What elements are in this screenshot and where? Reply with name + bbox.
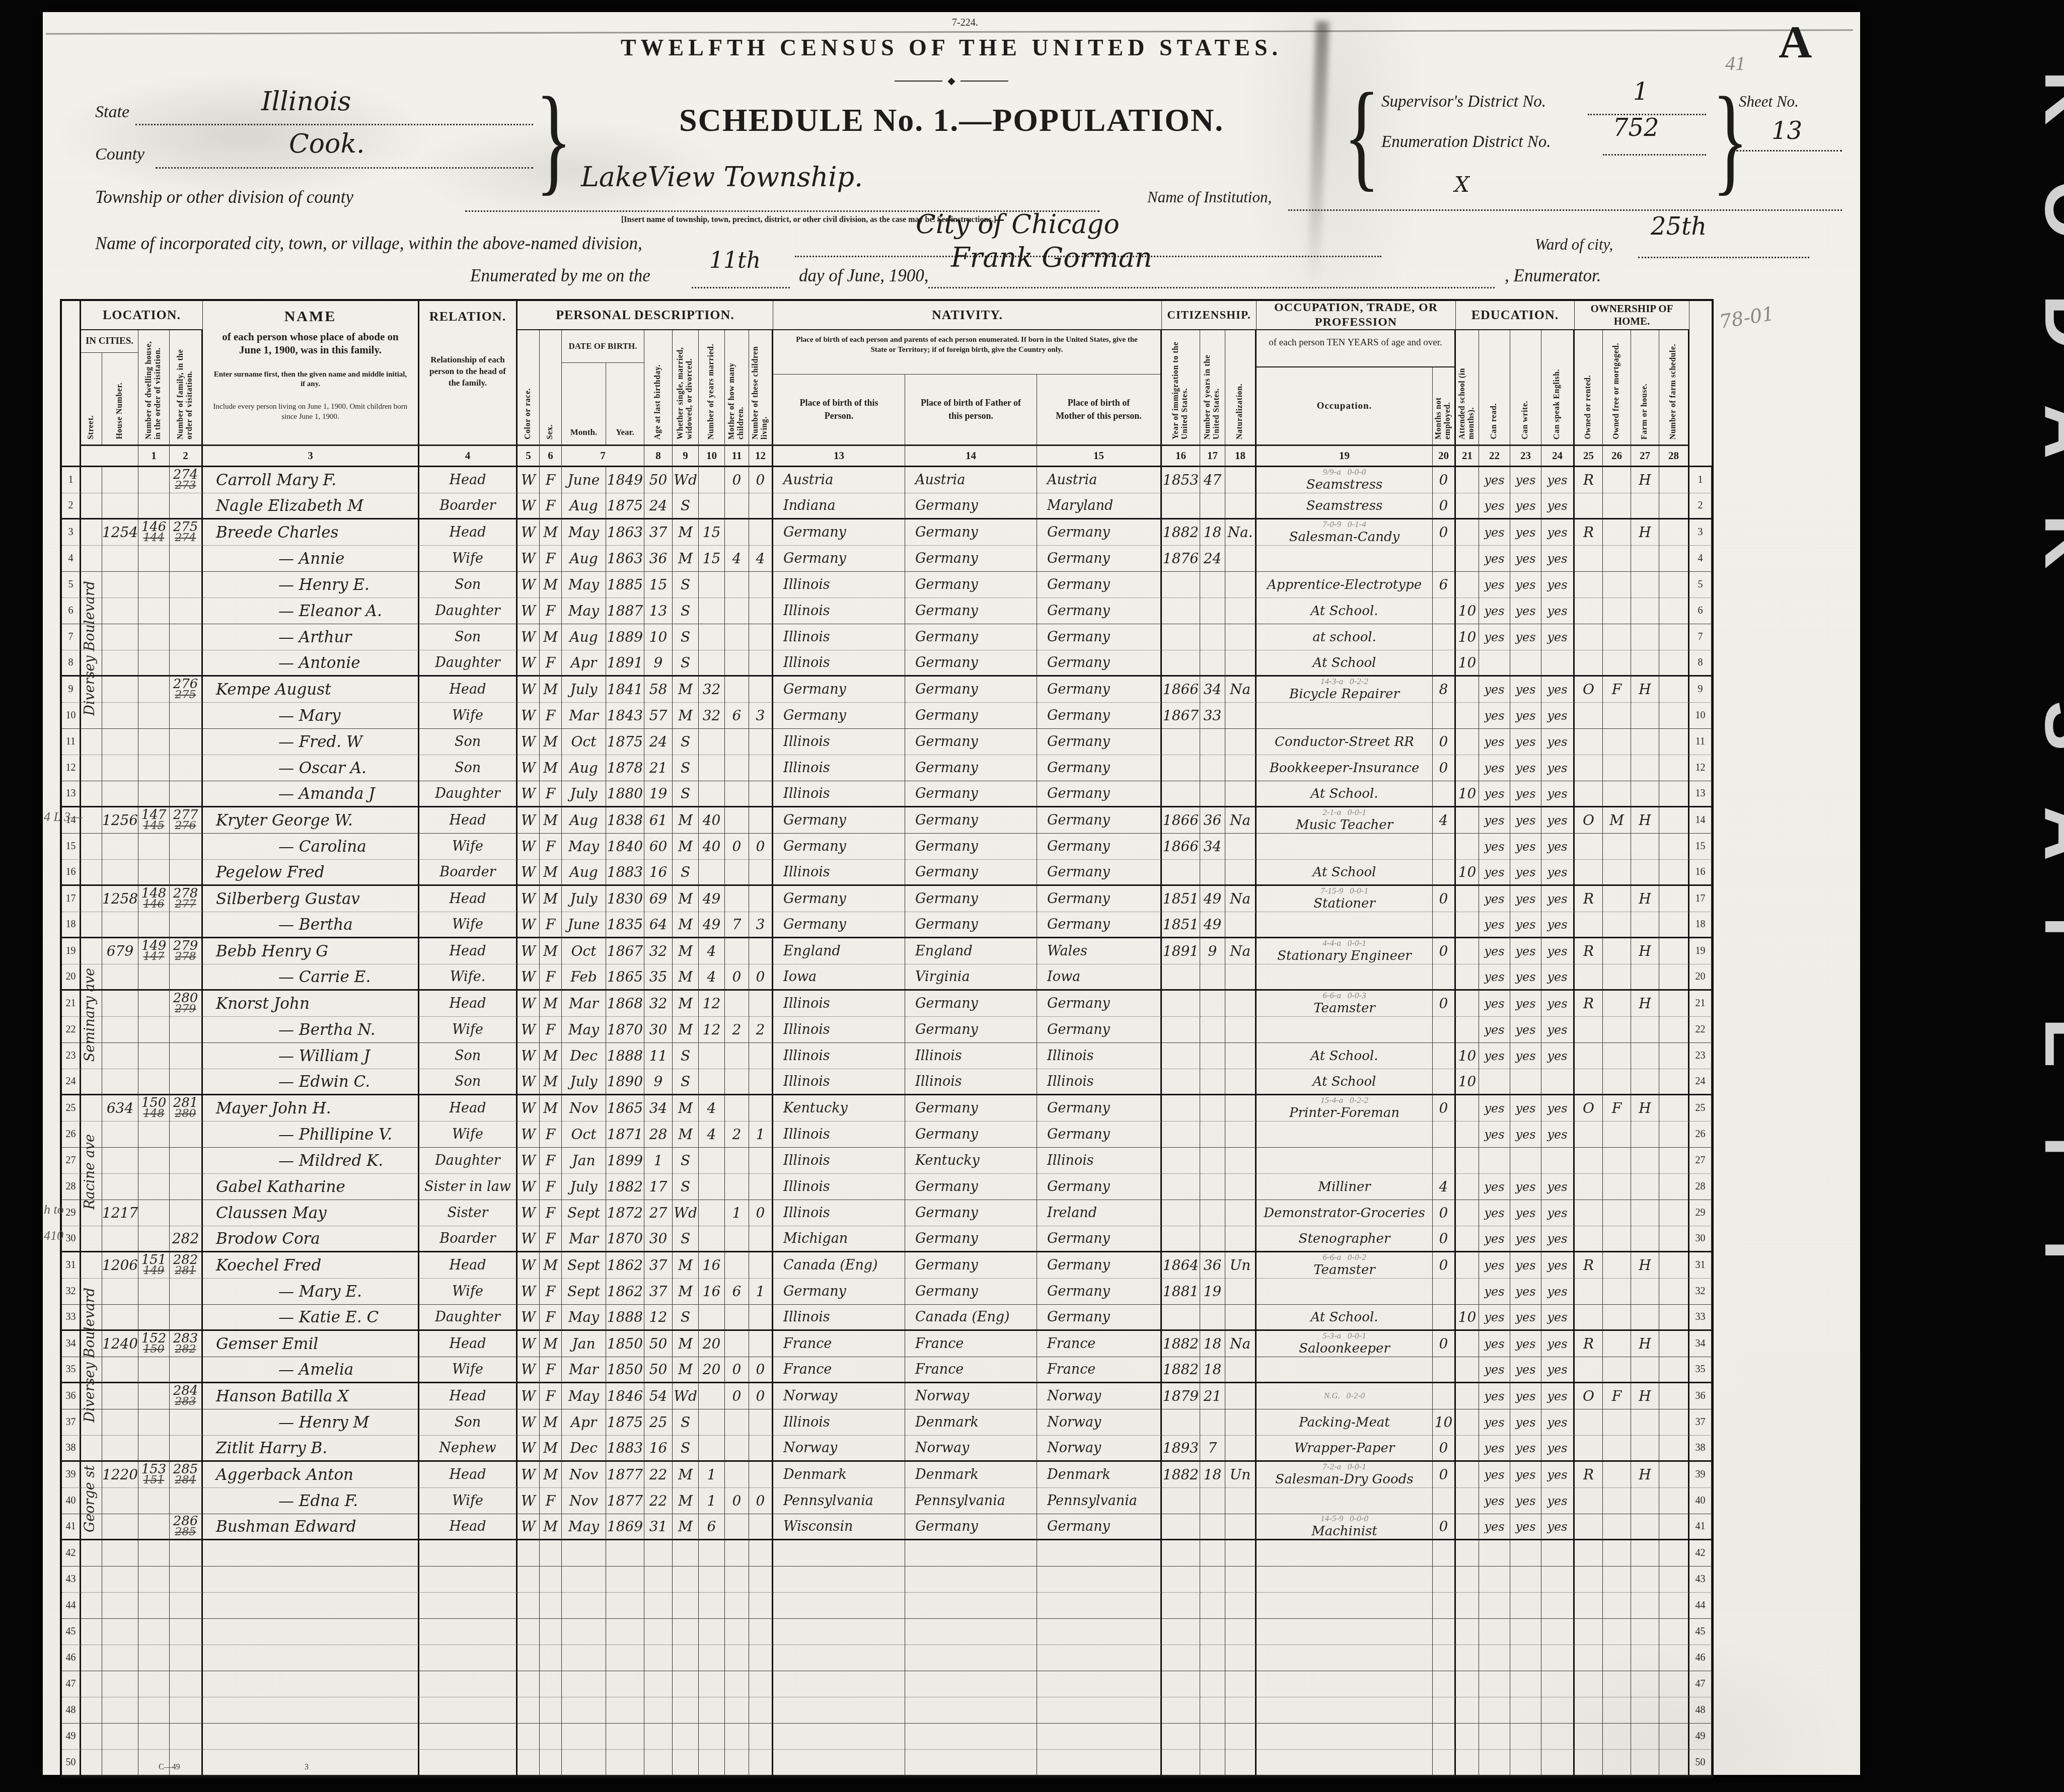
census-cell-cl: [749, 1593, 773, 1619]
census-cell-yr: 1830: [606, 886, 644, 912]
census-cell-dw: [138, 1436, 170, 1462]
census-cell-mn: 0: [1433, 729, 1456, 755]
census-cell-age: 50: [644, 1331, 673, 1357]
census-cell-sc: [1456, 1697, 1479, 1724]
census-cell-name: [203, 1671, 419, 1697]
census-cell-yr: 1862: [606, 1279, 644, 1305]
census-cell-occ: 14-3-a 0-2-2Bicycle Repairer: [1257, 677, 1433, 703]
census-cell-occ: Wrapper-Paper: [1257, 1436, 1433, 1462]
census-cell-s: M: [540, 729, 562, 755]
census-cell-im: [1162, 1566, 1200, 1593]
ornament-diamond: ◆: [947, 74, 955, 87]
census-cell-fam: [170, 546, 203, 572]
census-cell-m: M: [673, 1357, 699, 1383]
census-cell-pb: Germany: [773, 886, 905, 912]
census-cell-ow: [1575, 650, 1603, 677]
census-cell-rnl: 45: [62, 1619, 81, 1645]
census-cell-yr: 1863: [606, 546, 644, 572]
census-cell-fm: [1603, 729, 1631, 755]
census-cell-mo: [562, 1540, 606, 1566]
census-cell-mo: Nov: [562, 1462, 606, 1488]
census-cell-fh: [1631, 1017, 1659, 1043]
census-cell-ow: [1575, 912, 1603, 938]
census-cell-occ: [1257, 1279, 1433, 1305]
county-value: Cook.: [289, 129, 364, 159]
census-cell-pf: Germany: [905, 1279, 1037, 1305]
census-cell-c: W: [518, 1200, 540, 1226]
speak-english-header: Can speak English.: [1553, 369, 1562, 439]
census-cell-yr: 1870: [606, 1226, 644, 1252]
struck-number: 276: [175, 821, 196, 832]
census-cell-cl: 0: [749, 1357, 773, 1383]
census-cell-mn: 0: [1433, 886, 1456, 912]
pencil-margin-note: 78-01: [1718, 303, 1776, 333]
census-cell-ym: [699, 1409, 725, 1436]
census-cell-mo: [562, 1697, 606, 1724]
census-cell-rd: yes: [1479, 677, 1510, 703]
census-cell-c: W: [518, 1436, 540, 1462]
census-cell-im: [1162, 1619, 1200, 1645]
census-cell-sc: [1456, 1383, 1479, 1409]
census-cell-fs2: [1659, 1383, 1689, 1409]
census-cell-cl: [749, 493, 773, 519]
census-cell-rd: yes: [1479, 912, 1510, 938]
census-cell-m: M: [673, 912, 699, 938]
pob-person-header: Place of birth of this Person.: [773, 375, 905, 444]
column-number: 12: [749, 445, 773, 467]
city-label: Name of incorporated city, town, or vill…: [95, 234, 642, 254]
column-number: 3: [203, 445, 419, 467]
census-cell-sc: 10: [1456, 598, 1479, 624]
census-cell-nz: Na: [1225, 886, 1257, 912]
census-cell-name: [203, 1619, 419, 1645]
census-cell-rd: yes: [1479, 781, 1510, 807]
census-cell-wr: yes: [1510, 834, 1541, 860]
census-cell-rnl: 41: [62, 1514, 81, 1540]
census-cell-pm: Germany: [1037, 598, 1162, 624]
pencil-tally-note: 7-15-9 0-0-1: [1320, 886, 1368, 895]
census-cell-fh: [1631, 1488, 1659, 1514]
census-cell-nz: [1225, 703, 1257, 729]
census-cell-nz: [1225, 781, 1257, 807]
column-number: 18: [1225, 445, 1257, 467]
census-cell-house: [102, 834, 138, 860]
census-cell-rnr: 43: [1689, 1566, 1712, 1593]
census-cell-wr: yes: [1510, 1514, 1541, 1540]
census-cell-rnl: 24: [62, 1069, 81, 1095]
census-cell-fam: [170, 729, 203, 755]
census-cell-im: [1162, 1593, 1200, 1619]
census-cell-s: [540, 1566, 562, 1593]
census-cell-street: [81, 755, 102, 781]
census-cell-rnl: 50: [62, 1750, 81, 1776]
census-cell-ym: 4: [699, 938, 725, 964]
census-cell-im: [1162, 860, 1200, 886]
census-cell-mo: [562, 1645, 606, 1671]
census-cell-wr: yes: [1510, 781, 1541, 807]
group-relation: RELATION. Relationship of each person to…: [419, 301, 518, 445]
census-cell-pm: Germany: [1037, 1095, 1162, 1122]
census-cell-yr: [606, 1566, 644, 1593]
census-cell-im: [1162, 1540, 1200, 1566]
years-married-header: Number of years married.: [707, 344, 716, 439]
census-cell-fh: H: [1631, 677, 1659, 703]
census-cell-c: W: [518, 493, 540, 519]
census-cell-fm: [1603, 1409, 1631, 1436]
census-cell-mo: Sept: [562, 1252, 606, 1279]
census-cell-m: M: [673, 1462, 699, 1488]
census-cell-dw: [138, 703, 170, 729]
census-cell-mn: [1433, 834, 1456, 860]
census-cell-mn: 8: [1433, 677, 1456, 703]
census-cell-s: F: [540, 546, 562, 572]
census-cell-street: [81, 1593, 102, 1619]
census-cell-pm: Germany: [1037, 546, 1162, 572]
census-cell-s: M: [540, 519, 562, 546]
census-cell-fam: [170, 1697, 203, 1724]
census-cell-nz: [1225, 1488, 1257, 1514]
census-cell-yu: [1200, 964, 1225, 991]
census-cell-mn: [1433, 1122, 1456, 1148]
census-cell-ym: [699, 1671, 725, 1697]
census-cell-name: — Henry E.: [203, 572, 419, 598]
census-cell-pb: Denmark: [773, 1462, 905, 1488]
column-number: 11: [725, 445, 749, 467]
census-cell-fh: [1631, 912, 1659, 938]
census-cell-fh: [1631, 1619, 1659, 1645]
census-cell-ym: 4: [699, 1095, 725, 1122]
census-cell-pb: Illinois: [773, 1174, 905, 1200]
census-cell-mc: 2: [725, 1122, 749, 1148]
census-cell-sc: [1456, 729, 1479, 755]
census-cell-m: [673, 1593, 699, 1619]
census-cell-m: [673, 1645, 699, 1671]
census-cell-fm: [1603, 1488, 1631, 1514]
census-cell-rd: [1479, 1697, 1510, 1724]
census-cell-mc: 6: [725, 703, 749, 729]
census-cell-pm: Germany: [1037, 834, 1162, 860]
census-cell-pm: Germany: [1037, 807, 1162, 834]
census-cell-rd: yes: [1479, 546, 1510, 572]
census-cell-nz: [1225, 572, 1257, 598]
census-cell-pb: Canada (Eng): [773, 1252, 905, 1279]
census-cell-c: W: [518, 624, 540, 650]
census-cell-fm: [1603, 1043, 1631, 1069]
census-cell-c: W: [518, 1357, 540, 1383]
census-cell-age: 24: [644, 493, 673, 519]
census-cell-nz: [1225, 1383, 1257, 1409]
census-cell-c: W: [518, 1017, 540, 1043]
census-cell-mc: [725, 1540, 749, 1566]
census-cell-s: M: [540, 1462, 562, 1488]
census-cell-fam: [170, 650, 203, 677]
census-cell-fh: H: [1631, 1095, 1659, 1122]
census-cell-yu: 49: [1200, 912, 1225, 938]
census-cell-ow: [1575, 1200, 1603, 1226]
census-cell-m: [673, 1540, 699, 1566]
census-cell-yr: 1850: [606, 1331, 644, 1357]
census-cell-fh: H: [1631, 807, 1659, 834]
census-cell-rnr: 22: [1689, 1017, 1712, 1043]
dotted-line: [135, 124, 533, 125]
census-cell-pf: [905, 1750, 1037, 1776]
census-cell-yu: [1200, 1017, 1225, 1043]
col-years-us-label: Number of years in the United States.: [1200, 330, 1225, 445]
census-cell-fm: [1603, 1619, 1631, 1645]
occupation-value: Bicycle Repairer: [1289, 687, 1399, 702]
census-cell-name: Koechel Fred: [203, 1252, 419, 1279]
census-cell-m: [673, 1697, 699, 1724]
census-cell-im: [1162, 1514, 1200, 1540]
census-cell-fh: [1631, 1697, 1659, 1724]
census-cell-fh: H: [1631, 886, 1659, 912]
census-cell-pm: [1037, 1593, 1162, 1619]
census-cell-rd: yes: [1479, 1043, 1510, 1069]
census-cell-c: W: [518, 1226, 540, 1252]
census-cell-m: M: [673, 964, 699, 991]
microfilm-frame: { "colors":{"paper":"#f1efe9","ink":"#1c…: [0, 0, 2064, 1792]
census-cell-pm: Norway: [1037, 1383, 1162, 1409]
census-cell-en: yes: [1541, 1409, 1575, 1436]
census-cell-c: W: [518, 1383, 540, 1409]
census-cell-rnr: 39: [1689, 1462, 1712, 1488]
census-cell-rd: [1479, 1566, 1510, 1593]
census-cell-ym: 16: [699, 1252, 725, 1279]
census-cell-rel: Boarder: [419, 1226, 518, 1252]
census-cell-m: Wd: [673, 467, 699, 493]
census-cell-wr: yes: [1510, 546, 1541, 572]
col-dob-label: DATE OF BIRTH. Month. Year.: [562, 330, 644, 445]
census-cell-rnl: 36: [62, 1383, 81, 1409]
census-cell-yr: 1871: [606, 1122, 644, 1148]
census-cell-cl: 0: [749, 1383, 773, 1409]
census-cell-s: M: [540, 1514, 562, 1540]
census-cell-fs2: [1659, 807, 1689, 834]
census-cell-mc: 0: [725, 834, 749, 860]
census-cell-fm: [1603, 1017, 1631, 1043]
census-cell-rd: yes: [1479, 703, 1510, 729]
census-table: LOCATION. IN CITIES. Street. House Numbe…: [60, 299, 1714, 1778]
census-cell-fh: [1631, 964, 1659, 991]
census-cell-mo: Apr: [562, 1409, 606, 1436]
census-cell-yr: 1885: [606, 572, 644, 598]
census-cell-cl: 3: [749, 703, 773, 729]
census-cell-rel: Boarder: [419, 493, 518, 519]
census-cell-en: yes: [1541, 1357, 1575, 1383]
census-cell-fh: [1631, 1514, 1659, 1540]
census-cell-age: 24: [644, 729, 673, 755]
pencil-margin-note: 410: [44, 1228, 63, 1243]
census-cell-c: [518, 1750, 540, 1776]
census-cell-street: [81, 1148, 102, 1174]
census-cell-nz: [1225, 991, 1257, 1017]
census-cell-nz: [1225, 1305, 1257, 1331]
census-cell-dw: 152150: [138, 1331, 170, 1357]
census-cell-street: [81, 991, 102, 1017]
census-cell-mo: Aug: [562, 493, 606, 519]
census-cell-occ: N.G. 0-2-0: [1257, 1383, 1433, 1409]
census-cell-mo: Dec: [562, 1043, 606, 1069]
col-farm-label: Farm or house.: [1631, 330, 1659, 445]
census-cell-age: 54: [644, 1383, 673, 1409]
census-cell-fam: [170, 1357, 203, 1383]
census-cell-s: M: [540, 1436, 562, 1462]
census-cell-wr: [1510, 1671, 1541, 1697]
census-cell-en: [1541, 1148, 1575, 1174]
census-cell-yu: [1200, 650, 1225, 677]
census-cell-yr: 1840: [606, 834, 644, 860]
census-cell-rnl: 8: [62, 650, 81, 677]
immigration-header: Year of immigration to the United States…: [1171, 335, 1190, 439]
census-cell-fs2: [1659, 1697, 1689, 1724]
census-cell-age: 57: [644, 703, 673, 729]
census-cell-rd: [1479, 1724, 1510, 1750]
pencil-tally-note: 4-4-a 0-0-1: [1322, 939, 1366, 947]
census-cell-rnl: 38: [62, 1436, 81, 1462]
census-cell-rel: [419, 1619, 518, 1645]
census-cell-house: [102, 1593, 138, 1619]
census-cell-c: W: [518, 729, 540, 755]
census-cell-m: S: [673, 1305, 699, 1331]
census-cell-mc: [725, 1069, 749, 1095]
census-cell-nz: Na: [1225, 807, 1257, 834]
col-school-label: Attended school (in months).: [1456, 330, 1479, 445]
census-cell-yr: 1877: [606, 1488, 644, 1514]
census-cell-m: M: [673, 519, 699, 546]
township-value: LakeView Township.: [581, 161, 863, 193]
census-cell-pb: Germany: [773, 807, 905, 834]
census-cell-en: yes: [1541, 677, 1575, 703]
census-cell-rel: Head: [419, 991, 518, 1017]
census-cell-rnl: 19: [62, 938, 81, 964]
census-cell-cl: [749, 1174, 773, 1200]
occupation-value: Seamstress: [1306, 477, 1383, 492]
census-cell-yu: 18: [1200, 519, 1225, 546]
census-cell-age: 36: [644, 546, 673, 572]
census-cell-age: [644, 1724, 673, 1750]
struck-number: 285: [175, 1527, 196, 1538]
census-cell-rd: yes: [1479, 1200, 1510, 1226]
census-cell-rd: yes: [1479, 519, 1510, 546]
census-cell-pb: Germany: [773, 546, 905, 572]
census-cell-name: — Katie E. C: [203, 1305, 419, 1331]
census-cell-street: [81, 1436, 102, 1462]
census-cell-house: [102, 1069, 138, 1095]
census-cell-ym: [699, 1305, 725, 1331]
census-cell-fm: [1603, 1331, 1631, 1357]
census-cell-pf: [905, 1671, 1037, 1697]
census-cell-im: 1893: [1162, 1436, 1200, 1462]
census-cell-occ: [1257, 1148, 1433, 1174]
census-cell-en: yes: [1541, 807, 1575, 834]
census-cell-c: W: [518, 1305, 540, 1331]
census-cell-wr: yes: [1510, 624, 1541, 650]
census-cell-house: [102, 650, 138, 677]
census-cell-pf: Germany: [905, 912, 1037, 938]
census-cell-mo: Aug: [562, 807, 606, 834]
struck-number: 284: [175, 1475, 196, 1486]
census-cell-m: S: [673, 1226, 699, 1252]
census-cell-m: M: [673, 1331, 699, 1357]
census-cell-ym: [699, 624, 725, 650]
census-cell-s: M: [540, 991, 562, 1017]
census-cell-wr: yes: [1510, 860, 1541, 886]
census-cell-wr: yes: [1510, 493, 1541, 519]
census-cell-mn: 4: [1433, 1174, 1456, 1200]
census-cell-en: yes: [1541, 729, 1575, 755]
struck-number: 145: [143, 821, 165, 832]
census-cell-ym: [699, 1069, 725, 1095]
census-cell-im: 1851: [1162, 912, 1200, 938]
census-cell-c: W: [518, 1095, 540, 1122]
family-header: Number of family, in the order of visita…: [176, 335, 195, 439]
dotted-line: [1736, 150, 1842, 152]
census-cell-nz: [1225, 467, 1257, 493]
census-cell-s: M: [540, 755, 562, 781]
census-cell-mn: [1433, 650, 1456, 677]
census-cell-street: [81, 572, 102, 598]
census-cell-dw: [138, 624, 170, 650]
census-cell-m: M: [673, 1095, 699, 1122]
census-cell-fm: [1603, 1645, 1631, 1671]
census-cell-age: 13: [644, 598, 673, 624]
census-cell-ym: [699, 755, 725, 781]
census-cell-im: 1866: [1162, 677, 1200, 703]
census-cell-rnr: 35: [1689, 1357, 1712, 1383]
census-cell-fs2: [1659, 1252, 1689, 1279]
census-cell-house: [102, 624, 138, 650]
census-cell-rd: yes: [1479, 1436, 1510, 1462]
census-cell-dw: [138, 1566, 170, 1593]
census-cell-mo: Nov: [562, 1095, 606, 1122]
census-cell-cl: [749, 1436, 773, 1462]
census-cell-pf: Pennsylvania: [905, 1488, 1037, 1514]
census-cell-mo: July: [562, 1069, 606, 1095]
census-cell-house: 1258: [102, 886, 138, 912]
census-cell-street: [81, 1174, 102, 1200]
census-cell-name: — Mildred K.: [203, 1148, 419, 1174]
census-cell-pm: [1037, 1540, 1162, 1566]
census-cell-occ: 15-4-a 0-2-2Printer-Foreman: [1257, 1095, 1433, 1122]
census-cell-fh: [1631, 1409, 1659, 1436]
census-cell-en: yes: [1541, 1174, 1575, 1200]
census-cell-occ: [1257, 1619, 1433, 1645]
census-cell-fs2: [1659, 677, 1689, 703]
census-cell-fm: [1603, 1540, 1631, 1566]
census-cell-dw: [138, 964, 170, 991]
census-cell-rd: yes: [1479, 1226, 1510, 1252]
census-cell-sc: [1456, 1619, 1479, 1645]
census-cell-ow: O: [1575, 1383, 1603, 1409]
census-cell-pm: [1037, 1566, 1162, 1593]
col-marital-label: Whether single, married, widowed, or div…: [673, 330, 699, 445]
census-cell-ym: [699, 860, 725, 886]
census-cell-rd: yes: [1479, 991, 1510, 1017]
census-cell-ow: [1575, 1069, 1603, 1095]
census-cell-s: F: [540, 467, 562, 493]
census-cell-dw: [138, 1200, 170, 1226]
census-cell-pf: Germany: [905, 755, 1037, 781]
census-cell-mc: 6: [725, 1279, 749, 1305]
census-cell-house: [102, 1645, 138, 1671]
census-cell-en: yes: [1541, 1488, 1575, 1514]
census-cell-occ: [1257, 1750, 1433, 1776]
census-cell-yr: 1875: [606, 493, 644, 519]
census-cell-name: Carroll Mary F.: [203, 467, 419, 493]
census-cell-ym: 12: [699, 991, 725, 1017]
census-cell-mo: May: [562, 1017, 606, 1043]
census-cell-rnl: 1: [62, 467, 81, 493]
